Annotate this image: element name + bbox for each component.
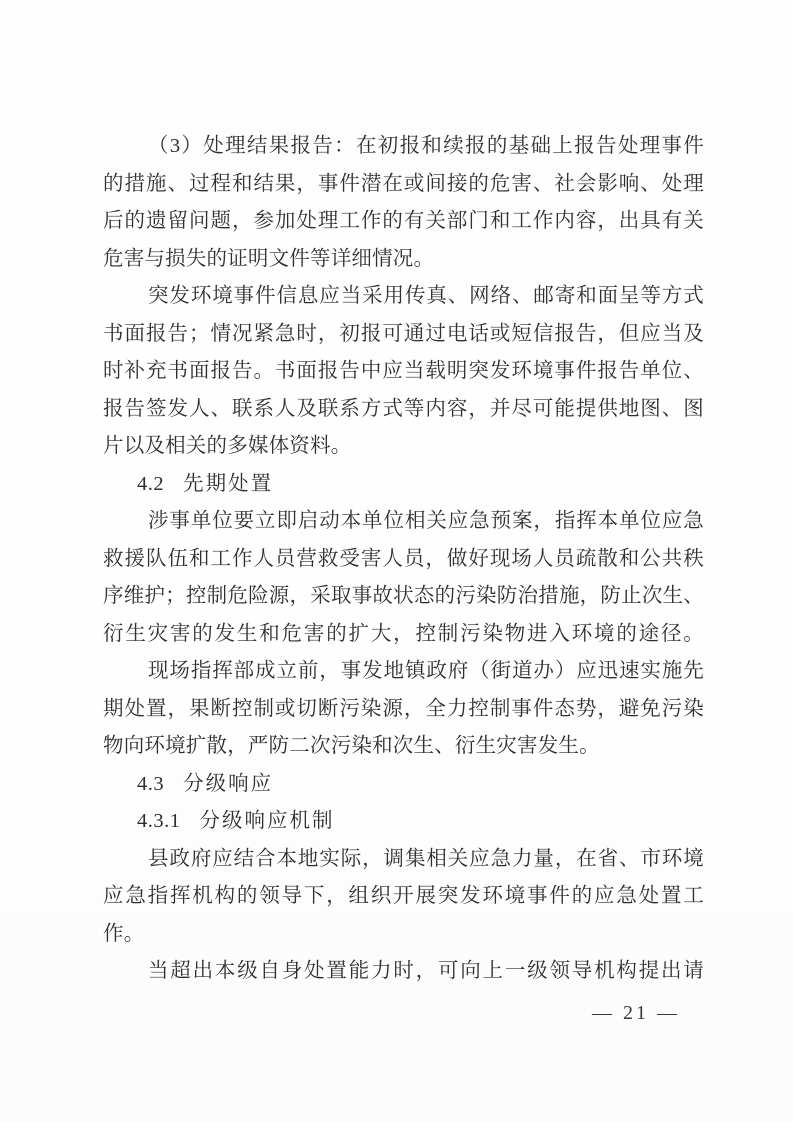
text-line: 片以及相关的多媒体资料。 <box>103 428 704 466</box>
text-line: 涉事单位要立即启动本单位相关应急预案，指挥本单位应急 <box>103 503 704 541</box>
text-line: 应急指挥机构的领导下，组织开展突发环境事件的应急处置工 <box>103 878 704 916</box>
text-line: 后的遗留问题，参加处理工作的有关部门和工作内容，出具有关 <box>103 203 704 241</box>
text-line: 现场指挥部成立前，事发地镇政府（街道办）应迅速实施先 <box>103 653 704 691</box>
page-number: — 21 — <box>592 1000 680 1026</box>
heading-title: 分级响应机制 <box>200 803 335 841</box>
section-heading: 4.2先期处置 <box>103 466 704 504</box>
text-line: 危害与损失的证明文件等详细情况。 <box>103 241 704 279</box>
text-line: 的措施、过程和结果，事件潜在或间接的危害、社会影响、处理 <box>103 166 704 204</box>
heading-title: 先期处置 <box>183 466 273 504</box>
heading-number: 4.3 <box>137 766 164 804</box>
text-line: 衍生灾害的发生和危害的扩大，控制污染物进入环境的途径。 <box>103 616 704 654</box>
text-line: 时补充书面报告。书面报告中应当载明突发环境事件报告单位、 <box>103 353 704 391</box>
text-line: 书面报告；情况紧急时，初报可通过电话或短信报告，但应当及 <box>103 316 704 354</box>
text-line: 县政府应结合本地实际，调集相关应急力量，在省、市环境 <box>103 841 704 879</box>
text-line: 当超出本级自身处置能力时，可向上一级领导机构提出请 <box>103 953 704 991</box>
text-line: 序维护；控制危险源，采取事故状态的污染防治措施，防止次生、 <box>103 578 704 616</box>
text-line: 报告签发人、联系人及联系方式等内容，并尽可能提供地图、图 <box>103 391 704 429</box>
text-line: （3）处理结果报告：在初报和续报的基础上报告处理事件 <box>103 128 704 166</box>
text-block: （3）处理结果报告：在初报和续报的基础上报告处理事件的措施、过程和结果，事件潜在… <box>103 128 704 991</box>
section-heading: 4.3分级响应 <box>103 766 704 804</box>
text-line: 期处置，果断控制或切断污染源，全力控制事件态势，避免污染 <box>103 691 704 729</box>
document-page: （3）处理结果报告：在初报和续报的基础上报告处理事件的措施、过程和结果，事件潜在… <box>0 0 793 1122</box>
text-line: 作。 <box>103 916 704 954</box>
text-line: 救援队伍和工作人员营救受害人员，做好现场人员疏散和公共秩 <box>103 541 704 579</box>
heading-title: 分级响应 <box>183 766 273 804</box>
heading-number: 4.2 <box>137 466 164 504</box>
heading-number: 4.3.1 <box>137 803 181 841</box>
section-heading: 4.3.1分级响应机制 <box>103 803 704 841</box>
text-line: 物向环境扩散，严防二次污染和次生、衍生灾害发生。 <box>103 728 704 766</box>
text-line: 突发环境事件信息应当采用传真、网络、邮寄和面呈等方式 <box>103 278 704 316</box>
